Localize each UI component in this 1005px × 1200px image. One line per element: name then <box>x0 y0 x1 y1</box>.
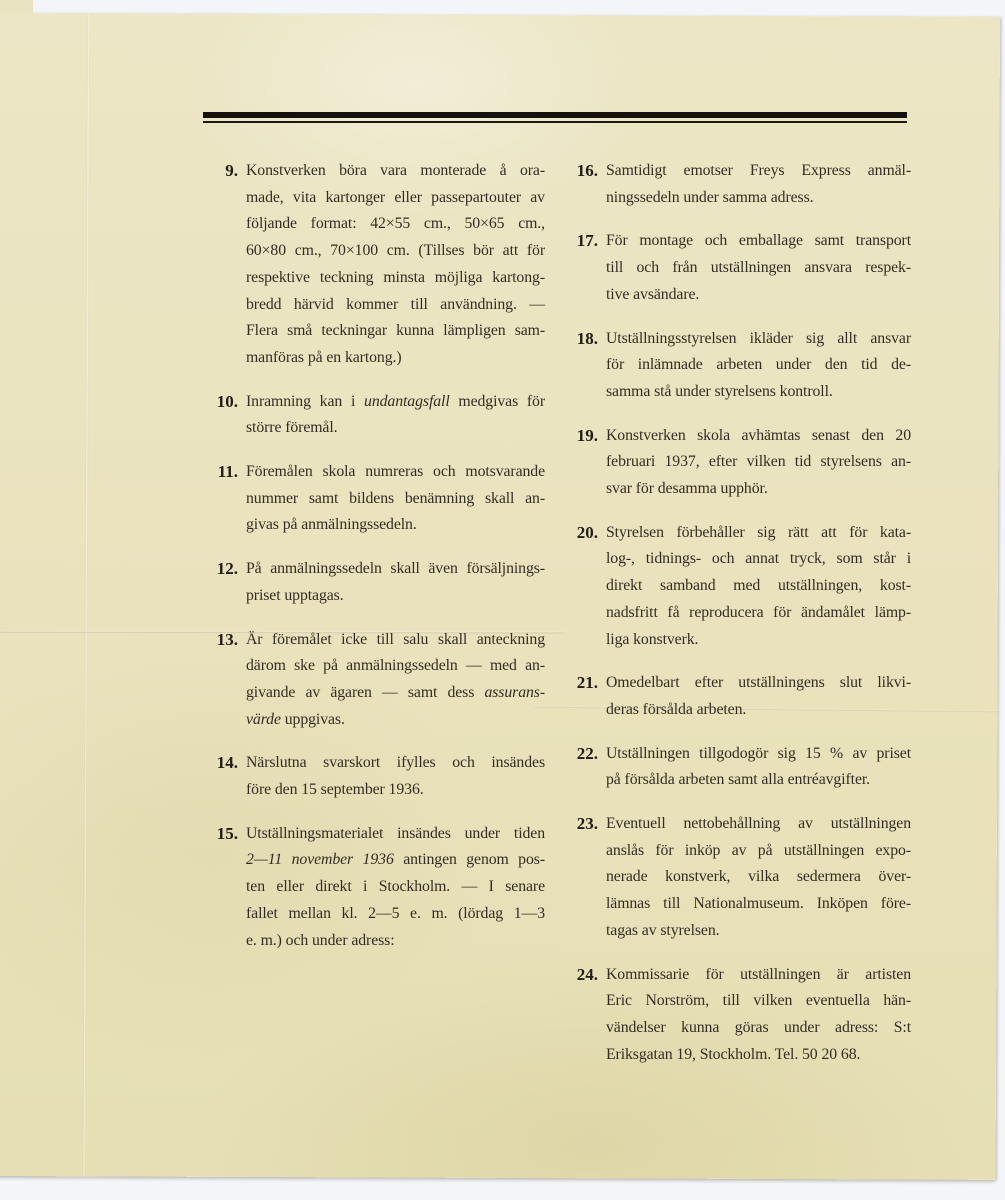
list-item-15: 15.Utställningsmaterialet insändes under… <box>200 821 548 955</box>
text-segment: anslås för inköp av på utställningen exp… <box>606 842 911 859</box>
item-line: värde uppgivas. <box>246 707 545 734</box>
item-text: Utställningsstyrelsen ikläder sig allt a… <box>606 326 911 406</box>
text-segment: till och från utställningen ansvara resp… <box>606 259 911 276</box>
item-number: 23. <box>560 811 598 945</box>
text-segment: större föremål. <box>246 419 337 436</box>
item-line: deras försålda arbeten. <box>606 697 911 724</box>
item-number: 22. <box>560 741 598 794</box>
item-line: följande format: 42×55 cm., 50×65 cm., <box>246 211 545 238</box>
italic-text-segment: undantagsfall <box>364 393 450 410</box>
item-line: Styrelsen förbehåller sig rätt att för k… <box>606 520 911 547</box>
list-item-9: 9.Konstverken böra vara monterade å ora-… <box>200 158 548 372</box>
item-line: Flera små teckningar kunna lämpligen sam… <box>246 318 545 345</box>
text-segment: Inramning kan i <box>246 393 364 410</box>
item-line: för inlämnade arbeten under den tid de- <box>606 352 911 379</box>
text-segment: februari 1937, efter vilken tid styrelse… <box>606 453 911 470</box>
text-segment: Närslutna svarskort ifylles och insändes <box>246 754 545 771</box>
item-line: tagas av styrelsen. <box>606 918 911 945</box>
item-line: liga konstverk. <box>606 627 911 654</box>
text-segment: lämnas till Nationalmuseum. Inköpen före… <box>606 895 911 912</box>
item-line: anslås för inköp av på utställningen exp… <box>606 838 911 865</box>
text-segment: Omedelbart efter utställningens slut lik… <box>606 674 911 691</box>
text-segment: tagas av styrelsen. <box>606 922 719 939</box>
text-segment: Utställningen tillgodogör sig 15 % av pr… <box>606 745 911 762</box>
item-line: Närslutna svarskort ifylles och insändes <box>246 750 545 777</box>
list-item-17: 17.För montage och emballage samt transp… <box>560 228 912 308</box>
item-line: tive avsändare. <box>606 282 911 309</box>
text-segment: före den 15 september 1936. <box>246 781 424 798</box>
text-segment: På anmälningssedeln skall även försäljni… <box>246 560 545 577</box>
item-number: 11. <box>200 459 238 539</box>
text-segment: Konstverken skola avhämtas senast den 20 <box>606 427 911 444</box>
item-number: 9. <box>200 158 238 372</box>
text-segment: vändelser kunna göras under adress: S:t <box>606 1019 911 1036</box>
text-segment: Konstverken böra vara monterade å ora- <box>246 162 545 179</box>
item-line: givande av ägaren — samt dess assurans- <box>246 680 545 707</box>
text-segment: deras försålda arbeten. <box>606 701 746 718</box>
list-item-23: 23.Eventuell nettobehållning av utställn… <box>560 811 912 945</box>
list-item-16: 16.Samtidigt emotser Freys Express anmäl… <box>560 158 912 211</box>
text-segment: nadsfritt få reproducera för ändamålet l… <box>606 604 911 621</box>
item-text: På anmälningssedeln skall även försäljni… <box>246 556 545 609</box>
text-segment: uppgivas. <box>281 711 345 728</box>
item-line: manföras på en kartong.) <box>246 345 545 372</box>
list-item-22: 22.Utställningen tillgodogör sig 15 % av… <box>560 741 912 794</box>
item-line: ten eller direkt i Stockholm. — I senare <box>246 874 545 901</box>
document-content: 9.Konstverken böra vara monterade å ora-… <box>0 0 1005 1200</box>
top-rule-thin-line <box>203 121 907 123</box>
item-line: Inramning kan i undantagsfall medgivas f… <box>246 389 545 416</box>
text-segment: 60×80 cm., 70×100 cm. (Tillses bör att f… <box>246 242 545 259</box>
item-number: 10. <box>200 389 238 442</box>
item-text: Föremålen skola numreras och motsvarande… <box>246 459 545 539</box>
text-segment: respektive teckning minsta möjliga karto… <box>246 269 545 286</box>
text-segment: Styrelsen förbehåller sig rätt att för k… <box>606 524 911 541</box>
item-number: 24. <box>560 962 598 1069</box>
item-line: vändelser kunna göras under adress: S:t <box>606 1015 911 1042</box>
item-line: 60×80 cm., 70×100 cm. (Tillses bör att f… <box>246 238 545 265</box>
list-item-24: 24.Kommissarie för utställningen är arti… <box>560 962 912 1069</box>
item-text: Inramning kan i undantagsfall medgivas f… <box>246 389 545 442</box>
item-line: Utställningsmaterialet insändes under ti… <box>246 821 545 848</box>
text-segment: priset upptagas. <box>246 587 344 604</box>
text-column-1: 9.Konstverken böra vara monterade å ora-… <box>200 158 548 954</box>
item-line: på försålda arbeten samt alla entréavgif… <box>606 767 911 794</box>
item-line: Eric Norström, till vilken eventuella hä… <box>606 988 911 1015</box>
item-line: e. m.) och under adress: <box>246 928 545 955</box>
item-line: svar för desamma upphör. <box>606 476 911 503</box>
item-line: På anmälningssedeln skall även försäljni… <box>246 556 545 583</box>
text-segment: Föremålen skola numreras och motsvarande <box>246 463 545 480</box>
text-column-2: 16.Samtidigt emotser Freys Express anmäl… <box>560 158 912 1068</box>
list-item-11: 11.Föremålen skola numreras och motsvara… <box>200 459 548 539</box>
text-segment: Utställningsmaterialet insändes under ti… <box>246 825 545 842</box>
text-segment: För montage och emballage samt transport <box>606 232 911 249</box>
item-line: Utställningen tillgodogör sig 15 % av pr… <box>606 741 911 768</box>
list-item-21: 21.Omedelbart efter utställningens slut … <box>560 670 912 723</box>
item-line: bredd härvid kommer till användning. — <box>246 292 545 319</box>
item-text: Styrelsen förbehåller sig rätt att för k… <box>606 520 911 654</box>
item-number: 15. <box>200 821 238 955</box>
list-item-12: 12.På anmälningssedeln skall även försäl… <box>200 556 548 609</box>
item-line: För montage och emballage samt transport <box>606 228 911 255</box>
text-segment: Kommissarie för utställningen är artiste… <box>606 966 911 983</box>
item-number: 21. <box>560 670 598 723</box>
item-number: 20. <box>560 520 598 654</box>
text-segment: made, vita kartonger eller passepartoute… <box>246 189 545 206</box>
list-item-19: 19.Konstverken skola avhämtas senast den… <box>560 423 912 503</box>
text-segment: direkt samband med utställningen, kost- <box>606 577 911 594</box>
item-text: Samtidigt emotser Freys Express anmäl-ni… <box>606 158 911 211</box>
text-segment: därom ske på anmälningssedeln — med an- <box>246 657 545 674</box>
text-segment: givande av ägaren — samt dess <box>246 684 484 701</box>
text-segment: Flera små teckningar kunna lämpligen sam… <box>246 322 545 339</box>
item-line: Är föremålet icke till salu skall anteck… <box>246 627 545 654</box>
item-line: Kommissarie för utställningen är artiste… <box>606 962 911 989</box>
text-segment: nerade konstverk, vilka sedermera över- <box>606 868 911 885</box>
text-segment: medgivas för <box>450 393 545 410</box>
item-text: Eventuell nettobehållning av utställning… <box>606 811 911 945</box>
list-item-20: 20.Styrelsen förbehåller sig rätt att fö… <box>560 520 912 654</box>
item-text: Konstverken böra vara monterade å ora-ma… <box>246 158 545 372</box>
italic-text-segment: assurans- <box>484 684 545 701</box>
item-line: made, vita kartonger eller passepartoute… <box>246 185 545 212</box>
item-line: därom ske på anmälningssedeln — med an- <box>246 653 545 680</box>
item-line: Utställningsstyrelsen ikläder sig allt a… <box>606 326 911 353</box>
item-line: större föremål. <box>246 415 545 442</box>
italic-text-segment: värde <box>246 711 281 728</box>
scan-background: { "scan": { "background_color": "#f3f5f8… <box>0 0 1005 1200</box>
item-number: 16. <box>560 158 598 211</box>
item-number: 18. <box>560 326 598 406</box>
item-text: Omedelbart efter utställningens slut lik… <box>606 670 911 723</box>
item-line: 2—11 november 1936 antingen genom pos- <box>246 847 545 874</box>
list-item-10: 10.Inramning kan i undantagsfall medgiva… <box>200 389 548 442</box>
item-line: Eriksgatan 19, Stockholm. Tel. 50 20 68. <box>606 1042 911 1069</box>
italic-text-segment: 2—11 november 1936 <box>246 851 394 868</box>
item-line: samma stå under styrelsens kontroll. <box>606 379 911 406</box>
text-segment: liga konstverk. <box>606 631 698 648</box>
text-segment: nummer samt bildens benämning skall an- <box>246 490 545 507</box>
text-segment: bredd härvid kommer till användning. — <box>246 296 545 313</box>
text-segment: Samtidigt emotser Freys Express anmäl- <box>606 162 911 179</box>
text-segment: följande format: 42×55 cm., 50×65 cm., <box>246 215 545 232</box>
item-line: ningssedeln under samma adress. <box>606 185 911 212</box>
text-segment: Eric Norström, till vilken eventuella hä… <box>606 992 911 1009</box>
item-line: log-, tidnings- och annat tryck, som stå… <box>606 546 911 573</box>
text-segment: manföras på en kartong.) <box>246 349 402 366</box>
text-segment: e. m.) och under adress: <box>246 932 395 949</box>
text-segment: ten eller direkt i Stockholm. — I senare <box>246 878 545 895</box>
list-item-18: 18.Utställningsstyrelsen ikläder sig all… <box>560 326 912 406</box>
item-number: 12. <box>200 556 238 609</box>
item-line: direkt samband med utställningen, kost- <box>606 573 911 600</box>
text-segment: givas på anmälningssedeln. <box>246 516 417 533</box>
top-rule-thick-line <box>203 112 907 118</box>
item-line: givas på anmälningssedeln. <box>246 512 545 539</box>
item-text: Kommissarie för utställningen är artiste… <box>606 962 911 1069</box>
text-segment: tive avsändare. <box>606 286 699 303</box>
item-line: Samtidigt emotser Freys Express anmäl- <box>606 158 911 185</box>
item-text: För montage och emballage samt transport… <box>606 228 911 308</box>
item-line: Konstverken skola avhämtas senast den 20 <box>606 423 911 450</box>
item-line: respektive teckning minsta möjliga karto… <box>246 265 545 292</box>
text-segment: svar för desamma upphör. <box>606 480 768 497</box>
item-line: Föremålen skola numreras och motsvarande <box>246 459 545 486</box>
item-line: Eventuell nettobehållning av utställning… <box>606 811 911 838</box>
text-segment: Eventuell nettobehållning av utställning… <box>606 815 911 832</box>
item-line: till och från utställningen ansvara resp… <box>606 255 911 282</box>
item-line: före den 15 september 1936. <box>246 777 545 804</box>
list-item-14: 14.Närslutna svarskort ifylles och insän… <box>200 750 548 803</box>
text-segment: ningssedeln under samma adress. <box>606 189 813 206</box>
text-segment: fallet mellan kl. 2—5 e. m. (lördag 1—3 <box>246 905 545 922</box>
item-line: Omedelbart efter utställningens slut lik… <box>606 670 911 697</box>
item-text: Närslutna svarskort ifylles och insändes… <box>246 750 545 803</box>
list-item-13: 13.Är föremålet icke till salu skall ant… <box>200 627 548 734</box>
text-segment: Är föremålet icke till salu skall anteck… <box>246 631 545 648</box>
item-line: nerade konstverk, vilka sedermera över- <box>606 864 911 891</box>
text-segment: för inlämnade arbeten under den tid de- <box>606 356 911 373</box>
item-text: Konstverken skola avhämtas senast den 20… <box>606 423 911 503</box>
text-segment: log-, tidnings- och annat tryck, som stå… <box>606 550 911 567</box>
item-line: lämnas till Nationalmuseum. Inköpen före… <box>606 891 911 918</box>
item-number: 17. <box>560 228 598 308</box>
item-number: 19. <box>560 423 598 503</box>
item-text: Utställningen tillgodogör sig 15 % av pr… <box>606 741 911 794</box>
item-line: nummer samt bildens benämning skall an- <box>246 486 545 513</box>
item-line: februari 1937, efter vilken tid styrelse… <box>606 449 911 476</box>
text-segment: på försålda arbeten samt alla entréavgif… <box>606 771 870 788</box>
text-segment: antingen genom pos- <box>394 851 545 868</box>
text-segment: samma stå under styrelsens kontroll. <box>606 383 833 400</box>
text-segment: Eriksgatan 19, Stockholm. Tel. 50 20 68. <box>606 1046 860 1063</box>
item-text: Är föremålet icke till salu skall anteck… <box>246 627 545 734</box>
item-line: fallet mellan kl. 2—5 e. m. (lördag 1—3 <box>246 901 545 928</box>
item-text: Utställningsmaterialet insändes under ti… <box>246 821 545 955</box>
top-rule <box>203 112 907 123</box>
item-line: priset upptagas. <box>246 583 545 610</box>
item-number: 13. <box>200 627 238 734</box>
item-line: nadsfritt få reproducera för ändamålet l… <box>606 600 911 627</box>
item-line: Konstverken böra vara monterade å ora- <box>246 158 545 185</box>
item-number: 14. <box>200 750 238 803</box>
text-segment: Utställningsstyrelsen ikläder sig allt a… <box>606 330 911 347</box>
